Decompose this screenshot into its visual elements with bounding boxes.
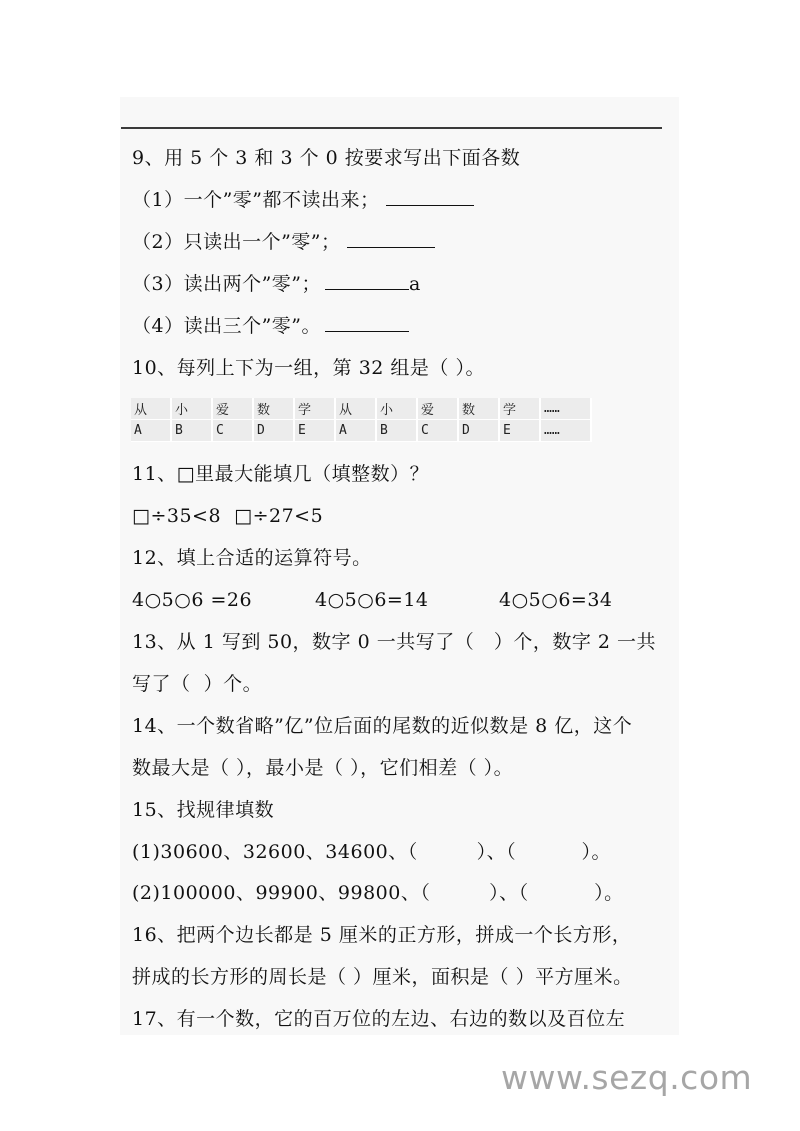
- q15-sequence-2: (2)100000、99900、99800、（ ）、（ ）。: [132, 881, 624, 905]
- table-cell: B: [376, 420, 417, 442]
- table-cell: D: [458, 420, 499, 442]
- q12-expr-2: 4○5○6=14: [315, 588, 429, 612]
- q12-expr-1: 4○5○6 =26: [132, 588, 252, 612]
- table-cell: ……: [540, 398, 591, 420]
- table-cell: D: [253, 420, 294, 442]
- q9-title: 9、用 5 个 3 和 3 个 0 按要求写出下面各数: [132, 146, 520, 170]
- q12-title: 12、填上合适的运算符号。: [132, 546, 372, 570]
- answer-blank[interactable]: [325, 272, 409, 290]
- q9-item-3: （3）读出两个”零”；a: [132, 272, 421, 296]
- table-cell: 从: [335, 398, 376, 420]
- header-rule: [121, 127, 662, 129]
- q12-expr-3: 4○5○6=34: [499, 588, 613, 612]
- answer-blank[interactable]: [347, 230, 435, 248]
- table-cell: C: [212, 420, 253, 442]
- q17-line-1: 17、有一个数，它的百万位的左边、右边的数以及百位左: [132, 1007, 625, 1031]
- table-cell: 小: [376, 398, 417, 420]
- q15-title: 15、找规律填数: [132, 798, 274, 822]
- q10-title: 10、每列上下为一组，第 32 组是（ ）。: [132, 356, 485, 380]
- table-cell: 数: [458, 398, 499, 420]
- table-cell: A: [131, 420, 171, 442]
- table-cell: ……: [540, 420, 591, 442]
- table-cell: E: [499, 420, 540, 442]
- table-cell: 学: [294, 398, 335, 420]
- site-watermark: www.sezq.com: [501, 1058, 752, 1097]
- q11-title: 11、□里最大能填几（填整数）？: [132, 462, 429, 486]
- table-row: A B C D E A B C D E ……: [131, 420, 591, 442]
- q13-line-1: 13、从 1 写到 50，数字 0 一共写了（ ）个，数字 2 一共: [132, 630, 656, 654]
- table-cell: 数: [253, 398, 294, 420]
- q9-item-1: （1）一个”零”都不读出来；: [132, 188, 474, 212]
- q9-item-2-label: （2）只读出一个”零”；: [132, 231, 341, 253]
- table-cell: C: [417, 420, 458, 442]
- q9-item-4-label: （4）读出三个”零”。: [132, 315, 321, 337]
- q11-expression: □÷35<8 □÷27<5: [132, 504, 323, 528]
- q9-item-1-label: （1）一个”零”都不读出来；: [132, 189, 380, 211]
- q9-item-2: （2）只读出一个”零”；: [132, 230, 435, 254]
- table-cell: 小: [171, 398, 212, 420]
- answer-blank[interactable]: [386, 188, 474, 206]
- table-cell: 爱: [417, 398, 458, 420]
- pattern-table: 从 小 爱 数 学 从 小 爱 数 学 …… A B C D E A B C D…: [131, 398, 592, 442]
- table-cell: A: [335, 420, 376, 442]
- table-cell: 学: [499, 398, 540, 420]
- q13-line-2: 写了（ ）个。: [132, 672, 262, 696]
- q16-line-2: 拼成的长方形的周长是（ ）厘米，面积是（ ）平方厘米。: [132, 965, 633, 989]
- q14-line-1: 14、一个数省略”亿”位后面的尾数的近似数是 8 亿，这个: [132, 714, 632, 738]
- table-cell: 爱: [212, 398, 253, 420]
- q15-sequence-1: (1)30600、32600、34600、（ ）、（ ）。: [132, 840, 611, 864]
- table-row: 从 小 爱 数 学 从 小 爱 数 学 ……: [131, 398, 591, 420]
- table-cell: E: [294, 420, 335, 442]
- answer-blank[interactable]: [325, 314, 409, 332]
- table-cell: 从: [131, 398, 171, 420]
- q9-item-4: （4）读出三个”零”。: [132, 314, 409, 338]
- q14-line-2: 数最大是（ ），最小是（ ），它们相差（ ）。: [132, 756, 513, 780]
- table-cell: B: [171, 420, 212, 442]
- q9-item-3-label: （3）读出两个”零”；: [132, 273, 321, 295]
- q16-line-1: 16、把两个边长都是 5 厘米的正方形，拼成一个长方形，: [132, 923, 631, 947]
- q9-item-3-suffix: a: [409, 273, 421, 295]
